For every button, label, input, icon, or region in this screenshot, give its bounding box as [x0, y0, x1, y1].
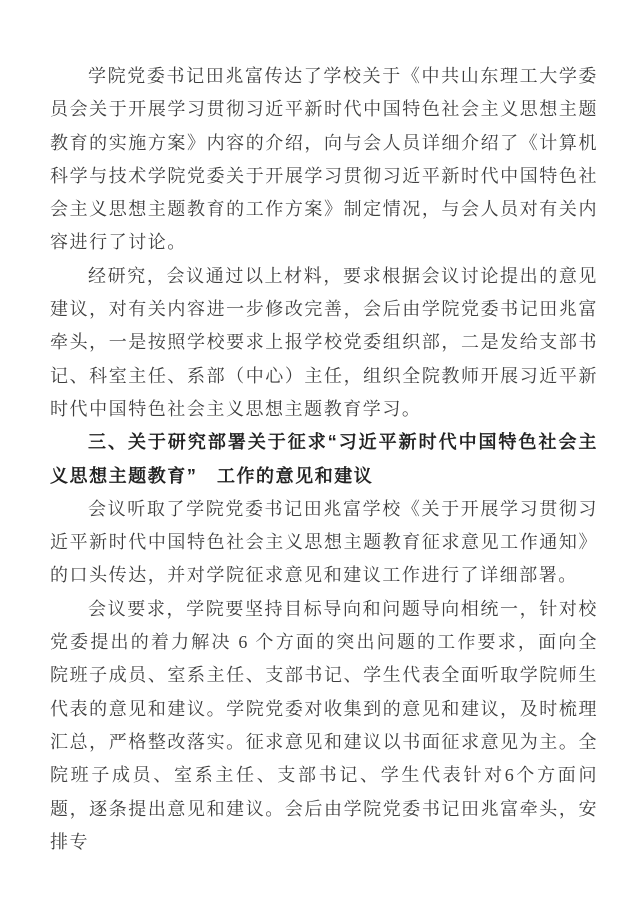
paragraph-meeting-resolution: 经研究，会议通过以上材料，要求根据会议讨论提出的意见建议，对有关内容进一步修改完…: [50, 260, 598, 426]
paragraph-meeting-requirements: 会议要求，学院要坚持目标导向和问题导向相统一，针对校党委提出的着力解决 6 个方…: [50, 593, 598, 859]
document-page: 学院党委书记田兆富传达了学校关于《中共山东理工大学委员会关于开展学习贯彻习近平新…: [0, 0, 639, 916]
paragraph-notice-briefing: 会议听取了学院党委书记田兆富学校《关于开展学习贯彻习近平新时代中国特色社会主义思…: [50, 493, 598, 593]
section-heading-three: 三、关于研究部署关于征求“习近平新时代中国特色社会主义思想主题教育” 工作的意见…: [50, 426, 598, 493]
paragraph-materials-introduction: 学院党委书记田兆富传达了学校关于《中共山东理工大学委员会关于开展学习贯彻习近平新…: [50, 60, 598, 260]
